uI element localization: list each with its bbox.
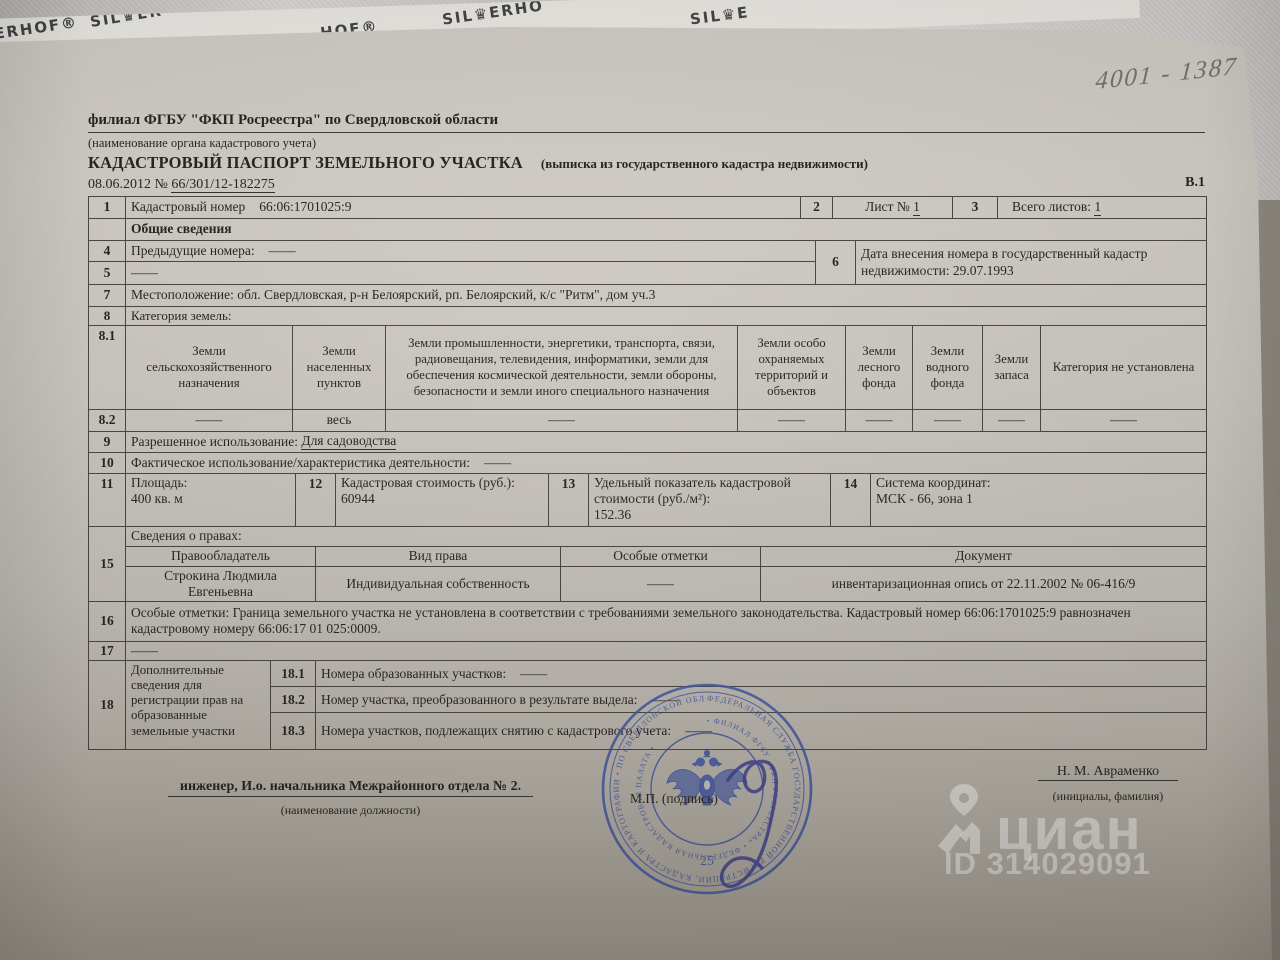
row-number: 10 [89, 453, 126, 473]
rights-holder: Строкина Людмила Евгеньевна [126, 567, 316, 601]
photo-of-document: ERHOF® SIL♛ER HOF® SIL♛ERHO SIL♛E 4001 -… [0, 0, 1280, 960]
rights-value-row: Строкина Людмила Евгеньевна Индивидуальн… [126, 567, 1206, 601]
actual-use-cell: Фактическое использование/характеристика… [126, 453, 1206, 473]
rights-header: Особые отметки [561, 547, 761, 566]
row-number: 16 [89, 602, 126, 641]
row-number: 12 [296, 474, 336, 526]
specific-value-label: Удельный показатель кадастровой стоимост… [594, 475, 825, 507]
previous-numbers-cell: Предыдущие номера: —— [126, 241, 816, 261]
cadastral-value-cell: Кадастровая стоимость (руб.): 60944 [336, 474, 549, 526]
rights-header: Документ [761, 547, 1206, 566]
table-row: 10 Фактическое использование/характерист… [89, 453, 1206, 474]
document-date-number: 08.06.2012 № 66/301/12-182275 [88, 177, 275, 193]
category-col: Земли запаса [983, 326, 1041, 409]
row-number: 8.2 [89, 410, 126, 431]
rows-4-5: 4 Предыдущие номера: —— 5 —— [89, 241, 816, 284]
area-label: Площадь: [131, 475, 290, 491]
category-col: Земли населенных пунктов [293, 326, 386, 409]
category-value: —— [738, 410, 846, 431]
rights-type: Индивидуальная собственность [316, 567, 561, 601]
table-row: 8.1 Земли сельскохозяйственного назначен… [89, 326, 1206, 410]
row-number: 18.3 [271, 713, 316, 749]
table-row: 8.2 —— весь —— —— —— —— —— —— [89, 410, 1206, 432]
general-info-title: Общие сведения [126, 219, 1206, 240]
category-value: весь [293, 410, 386, 431]
cadastral-number-label: Кадастровый номер [131, 199, 245, 215]
category-value: —— [386, 410, 738, 431]
row-number: 13 [549, 474, 589, 526]
rights-notes: —— [561, 567, 761, 601]
category-col: Земли особо охраняемых территорий и объе… [738, 326, 846, 409]
row-number: 8.1 [89, 326, 126, 409]
rights-document: инвентаризационная опись от 22.11.2002 №… [761, 567, 1206, 601]
row-number: 8 [89, 307, 126, 325]
row-number: 7 [89, 285, 126, 306]
actual-use-value: —— [484, 455, 511, 471]
row-number: 14 [831, 474, 871, 526]
row-number: 1 [89, 197, 126, 218]
category-col: Категория не установлена [1041, 326, 1206, 409]
brand-text: SIL♛E [689, 3, 750, 28]
table-row: Общие сведения [89, 219, 1206, 241]
brand-text: SIL♛ERHO [441, 0, 545, 29]
row-4: 4 Предыдущие номера: —— [89, 241, 816, 262]
permitted-use-label: Разрешенное использование: [131, 434, 298, 450]
org-name-line: филиал ФГБУ "ФКП Росреестра" по Свердлов… [88, 112, 1205, 133]
row-number: 9 [89, 432, 126, 452]
total-sheets-label: Всего листов: [1012, 199, 1091, 215]
specific-value-cell: Удельный показатель кадастровой стоимост… [589, 474, 831, 526]
sheet-value: 1 [913, 199, 920, 216]
permitted-use-cell: Разрешенное использование: Для садоводст… [126, 432, 1206, 452]
previous-numbers-value: —— [269, 243, 296, 259]
rights-block: Сведения о правах: Правообладатель Вид п… [126, 527, 1206, 601]
previous-numbers-label: Предыдущие номера: [131, 243, 255, 259]
document-title-suffix: (выписка из государственного кадастра не… [541, 156, 868, 171]
row-number: 18.2 [271, 687, 316, 712]
sheet-cell: Лист № 1 [833, 197, 953, 218]
total-sheets-value: 1 [1094, 199, 1101, 216]
row-number: 11 [89, 474, 126, 526]
additional-info-label: Дополнительные сведения для регистрации … [126, 661, 271, 749]
rights-header: Правообладатель [126, 547, 316, 566]
table-row: 16 Особые отметки: Граница земельного уч… [89, 602, 1206, 642]
sheet-label: Лист № [865, 199, 910, 215]
row-5: 5 —— [89, 262, 816, 284]
cadastral-number-cell: Кадастровый номер 66:06:1701025:9 [126, 197, 801, 218]
transformed-parcel-label: Номер участка, преобразованного в резуль… [321, 692, 637, 708]
signer-position: инженер, И.о. начальника Межрайонного от… [168, 779, 533, 797]
row-number: 5 [89, 262, 126, 284]
org-name-caption: (наименование органа кадастрового учета) [88, 136, 316, 151]
table-row: 11 Площадь: 400 кв. м 12 Кадастровая сто… [89, 474, 1206, 527]
document-title: КАДАСТРОВЫЙ ПАСПОРТ ЗЕМЕЛЬНОГО УЧАСТКА [88, 153, 523, 172]
specific-value: 152.36 [594, 507, 825, 523]
actual-use-label: Фактическое использование/характеристика… [131, 455, 470, 471]
signer-name: Н. М. Авраменко [1038, 764, 1178, 781]
location-cell: Местоположение: обл. Свердловская, р-н Б… [126, 285, 1206, 306]
coordinate-system-cell: Система координат: МСК - 66, зона 1 [871, 474, 1206, 526]
area-cell: Площадь: 400 кв. м [126, 474, 296, 526]
category-col: Земли промышленности, энергетики, трансп… [386, 326, 738, 409]
registration-date-cell: Дата внесения номера в государственный к… [856, 241, 1205, 284]
document-paper: 4001 - 1387 филиал ФГБУ "ФКП Росреестра"… [0, 0, 1280, 960]
category-col: Земли лесного фонда [846, 326, 913, 409]
row-17-value: —— [126, 642, 1206, 660]
row-number: 3 [953, 197, 998, 218]
category-col: Земли водного фонда [913, 326, 983, 409]
cadastral-value-label: Кадастровая стоимость (руб.): [341, 475, 543, 491]
row-number: 17 [89, 642, 126, 660]
formed-parcels-value: —— [520, 666, 547, 682]
form-code: В.1 [1150, 175, 1205, 191]
cadastral-number-value: 66:06:1701025:9 [259, 199, 351, 215]
category-value: —— [983, 410, 1041, 431]
rights-header-row: Правообладатель Вид права Особые отметки… [126, 547, 1206, 567]
total-sheets-cell: Всего листов: 1 [998, 197, 1206, 218]
table-row: 7 Местоположение: обл. Свердловская, р-н… [89, 285, 1206, 307]
special-notes-cell: Особые отметки: Граница земельного участ… [126, 602, 1206, 641]
row-number: 18.1 [271, 661, 316, 686]
table-row: 15 Сведения о правах: Правообладатель Ви… [89, 527, 1206, 602]
cian-watermark-id: ID 314029091 [944, 846, 1151, 882]
category-value: —— [1041, 410, 1206, 431]
handwritten-signature [708, 728, 828, 908]
category-value: —— [913, 410, 983, 431]
document-number: 66/301/12-182275 [171, 177, 274, 193]
document-date: 08.06.2012 № [88, 177, 168, 192]
formed-parcels-label: Номера образованных участков: [321, 666, 506, 682]
table-row: 17 —— [89, 642, 1206, 661]
table-row: 9 Разрешенное использование: Для садовод… [89, 432, 1206, 453]
category-value: —— [846, 410, 913, 431]
row-5-value: —— [126, 262, 816, 284]
land-category-label: Категория земель: [126, 307, 1206, 325]
table-row: 8 Категория земель: [89, 307, 1206, 326]
row-number: 2 [801, 197, 833, 218]
area-value: 400 кв. м [131, 491, 290, 507]
row-number: 18 [89, 661, 126, 749]
table-row: 1 Кадастровый номер 66:06:1701025:9 2 Ли… [89, 197, 1206, 219]
permitted-use-value: Для садоводства [301, 433, 396, 450]
cadastral-value: 60944 [341, 491, 543, 507]
rights-header: Вид права [316, 547, 561, 566]
category-col: Земли сельскохозяйственного назначения [126, 326, 293, 409]
row-number: 15 [89, 527, 126, 601]
document-title-row: КАДАСТРОВЫЙ ПАСПОРТ ЗЕМЕЛЬНОГО УЧАСТКА (… [88, 153, 1205, 173]
category-value: —— [126, 410, 293, 431]
signer-position-caption: (наименование должности) [168, 803, 533, 818]
row-number: 4 [89, 241, 126, 261]
rights-title: Сведения о правах: [126, 527, 1206, 547]
row-number: 6 [816, 241, 856, 284]
coordinate-system-label: Система координат: [876, 475, 1201, 491]
table-row: 4 Предыдущие номера: —— 5 —— 6 Дата внес… [89, 241, 1206, 285]
row-number [89, 219, 126, 240]
cadastral-table: 1 Кадастровый номер 66:06:1701025:9 2 Ли… [88, 196, 1207, 750]
row-6: 6 Дата внесения номера в государственный… [815, 241, 1205, 284]
coordinate-system-value: МСК - 66, зона 1 [876, 491, 1201, 507]
